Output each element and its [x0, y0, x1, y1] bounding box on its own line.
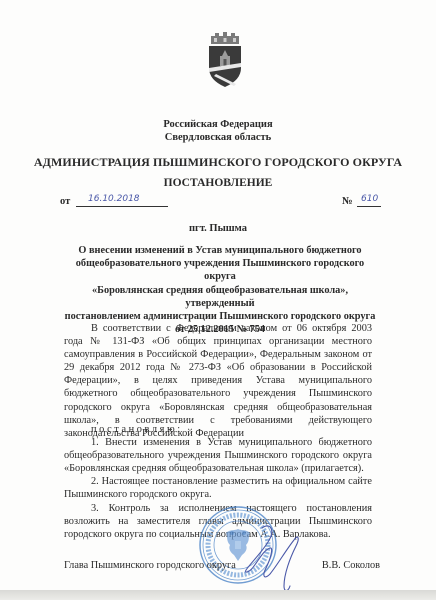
- place-name: пгт. Пышма: [0, 222, 436, 235]
- date-number-row: от 16.10.2018 № 610: [60, 194, 380, 210]
- country-name: Российская Федерация: [0, 118, 436, 131]
- title-line: «Боровлянская средняя общеобразовательна…: [60, 284, 380, 310]
- handwritten-signature: [240, 520, 320, 595]
- administration-name: АДМИНИСТРАЦИЯ ПЫШМИНСКОГО ГОРОДСКОГО ОКР…: [0, 155, 436, 170]
- number-value: 610: [357, 194, 381, 207]
- date-label: от: [60, 196, 70, 207]
- resolve-word: постановляю:: [64, 423, 372, 436]
- title-line: общеобразовательного учреждения Пышминск…: [60, 257, 380, 283]
- document-page: Российская Федерация Свердловская област…: [0, 0, 436, 590]
- coat-of-arms-icon: [206, 30, 244, 88]
- scan-edge: [0, 590, 436, 600]
- signatory-name: В.В. Соколов: [322, 560, 380, 571]
- signatory-position: Глава Пышминского городского округа: [64, 560, 236, 571]
- title-line: О внесении изменений в Устав муниципальн…: [60, 244, 380, 257]
- resolution-item-2: 2. Настоящее постановление разместить на…: [64, 475, 372, 501]
- document-type: ПОСТАНОВЛЕНИЕ: [0, 177, 436, 189]
- resolution-item-1: 1. Внести изменения в Устав муниципально…: [64, 436, 372, 475]
- region-name: Свердловская область: [0, 131, 436, 144]
- date-value: 16.10.2018: [76, 194, 168, 207]
- number-label: №: [342, 196, 353, 207]
